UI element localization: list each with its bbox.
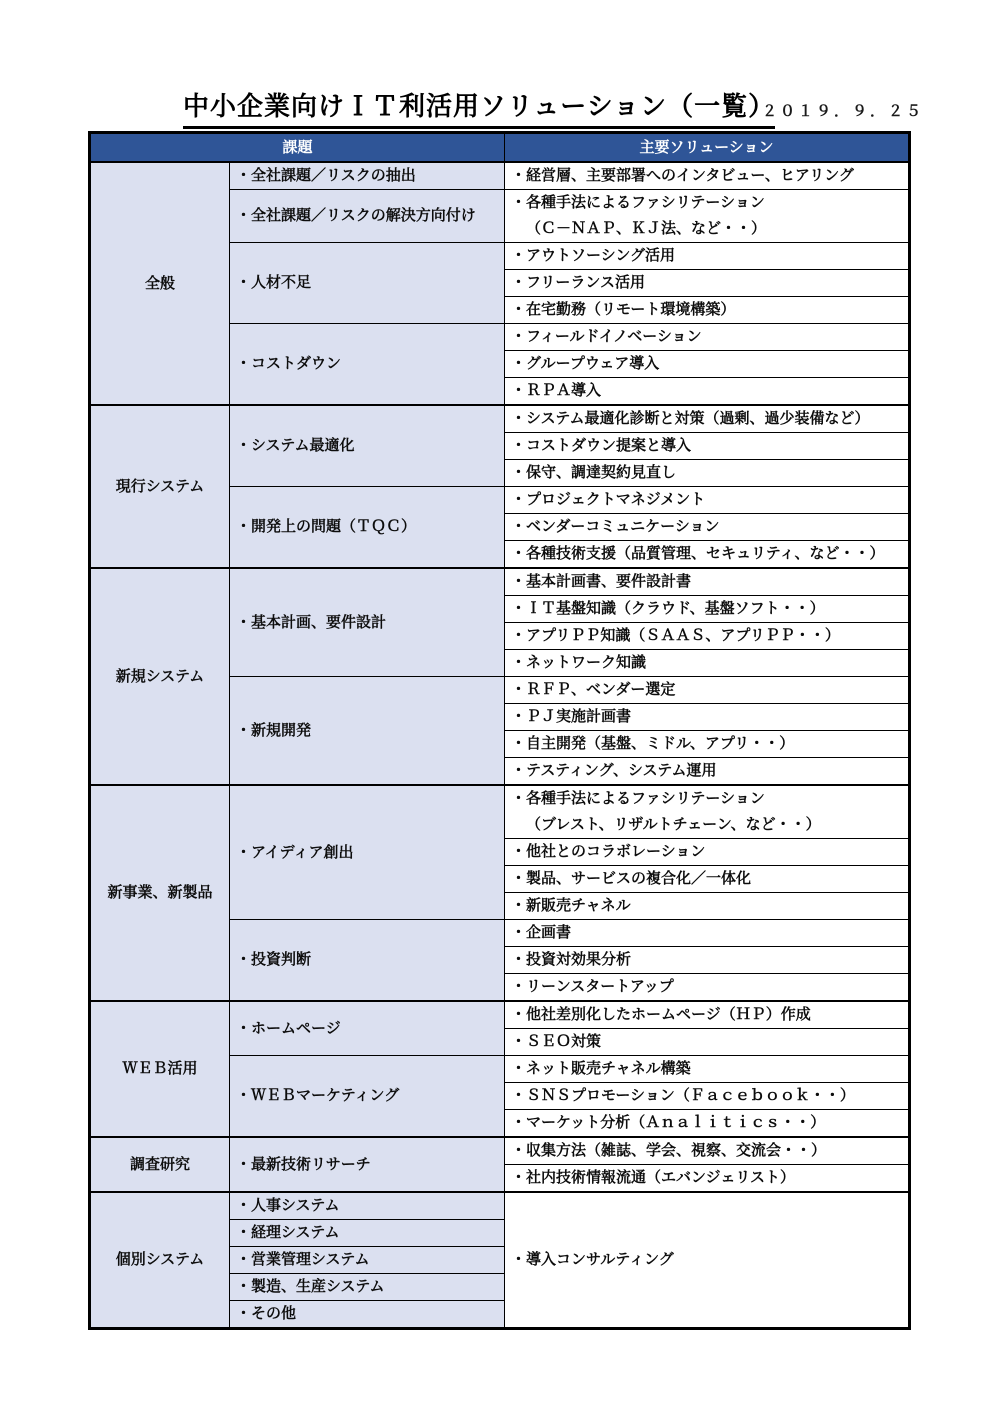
solution-cell: ・マーケット分析（Ａｎａｌｉｔｉｃｓ・・）: [505, 1110, 910, 1138]
issue-cell: ・最新技術リサーチ: [230, 1137, 505, 1192]
table-row: 新事業、新製品 ・アイディア創出 ・各種手法によるファシリテーション （ブレスト…: [90, 785, 910, 839]
solution-cell: ・各種手法によるファシリテーション （Ｃ－ＮＡＰ、ＫＪ法、など・・）: [505, 190, 910, 243]
table-row: 調査研究 ・最新技術リサーチ ・収集方法（雑誌、学会、視察、交流会・・）: [90, 1137, 910, 1165]
solution-cell: ・各種手法によるファシリテーション （ブレスト、リザルトチェーン、など・・）: [505, 785, 910, 839]
table-row: ＷＥＢ活用 ・ホームページ ・他社差別化したホームページ（ＨＰ）作成: [90, 1001, 910, 1029]
issue-cell: ・投資判断: [230, 920, 505, 1002]
solution-cell: ・社内技術情報流通（エバンジェリスト）: [505, 1165, 910, 1193]
solution-line: ・各種手法によるファシリテーション: [511, 786, 902, 812]
solution-cell: ・ＰＪ実施計画書: [505, 704, 910, 731]
solution-cell: ・リーンスタートアップ: [505, 974, 910, 1002]
solution-cell: ・企画書: [505, 920, 910, 947]
issue-cell: ・システム最適化: [230, 405, 505, 487]
solution-cell: ・ネットワーク知識: [505, 650, 910, 677]
solution-cell: ・コストダウン提案と導入: [505, 433, 910, 460]
solution-cell: ・導入コンサルティング: [505, 1192, 910, 1329]
category-cell: 現行システム: [90, 405, 230, 568]
solution-line: ・各種手法によるファシリテーション: [511, 190, 902, 216]
table-row: 新規システム ・基本計画、要件設計 ・基本計画書、要件設計書: [90, 568, 910, 596]
solution-cell: ・ＲＰＡ導入: [505, 378, 910, 406]
solution-cell: ・フリーランス活用: [505, 270, 910, 297]
category-cell: 個別システム: [90, 1192, 230, 1329]
table-row: 現行システム ・システム最適化 ・システム最適化診断と対策（過剰、過少装備など）: [90, 405, 910, 433]
solution-cell: ・基本計画書、要件設計書: [505, 568, 910, 596]
header-issue-column: 課題: [90, 133, 505, 163]
category-cell: 新規システム: [90, 568, 230, 785]
issue-cell: ・経理システム: [230, 1220, 505, 1247]
issue-cell: ・人材不足: [230, 243, 505, 324]
solution-cell: ・新販売チャネル: [505, 893, 910, 920]
table-header-row: 課題 主要ソリューション: [90, 133, 910, 163]
header-solution-column: 主要ソリューション: [505, 133, 910, 163]
solution-cell: ・ＩＴ基盤知識（クラウド、基盤ソフト・・）: [505, 596, 910, 623]
solution-cell: ・ＳＥＯ対策: [505, 1029, 910, 1056]
solution-line: （ブレスト、リザルトチェーン、など・・）: [511, 812, 902, 838]
issue-cell: ・アイディア創出: [230, 785, 505, 920]
solution-cell: ・システム最適化診断と対策（過剰、過少装備など）: [505, 405, 910, 433]
solution-cell: ・製品、サービスの複合化／一体化: [505, 866, 910, 893]
category-cell: 新事業、新製品: [90, 785, 230, 1001]
solution-line: （Ｃ－ＮＡＰ、ＫＪ法、など・・）: [511, 216, 902, 242]
solution-cell: ・ネット販売チャネル構築: [505, 1056, 910, 1083]
document-page: 中小企業向けＩＴ利活用ソリューション（一覧） ２０１９．９．２５ 課題 主要ソリ…: [0, 0, 1000, 1415]
solution-cell: ・テスティング、システム運用: [505, 758, 910, 786]
solution-cell: ・アウトソーシング活用: [505, 243, 910, 270]
issue-cell: ・新規開発: [230, 677, 505, 786]
solution-cell: ・アプリＰＰ知識（ＳＡＡＳ、アプリＰＰ・・）: [505, 623, 910, 650]
solution-cell: ・他社差別化したホームページ（ＨＰ）作成: [505, 1001, 910, 1029]
solution-cell: ・ベンダーコミュニケーション: [505, 514, 910, 541]
solution-cell: ・保守、調達契約見直し: [505, 460, 910, 487]
issue-cell: ・製造、生産システム: [230, 1274, 505, 1301]
solutions-table: 課題 主要ソリューション 全般 ・全社課題／リスクの抽出 ・経営層、主要部署への…: [88, 131, 911, 1330]
table-row: 個別システム ・人事システム ・導入コンサルティング: [90, 1192, 910, 1220]
solution-cell: ・ＲＦＰ、ベンダー選定: [505, 677, 910, 704]
issue-cell: ・ホームページ: [230, 1001, 505, 1056]
category-cell: 全般: [90, 162, 230, 405]
issue-cell: ・全社課題／リスクの解決方向付け: [230, 190, 505, 243]
page-date: ２０１９．９．２５: [762, 100, 924, 121]
solution-cell: ・在宅勤務（リモート環境構築）: [505, 297, 910, 324]
issue-cell: ・営業管理システム: [230, 1247, 505, 1274]
solution-cell: ・自主開発（基盤、ミドル、アプリ・・）: [505, 731, 910, 758]
issue-cell: ・開発上の問題（ＴＱＣ）: [230, 487, 505, 569]
solution-cell: ・プロジェクトマネジメント: [505, 487, 910, 514]
solution-cell: ・ＳＮＳプロモーション（Ｆａｃｅｂｏｏｋ・・）: [505, 1083, 910, 1110]
issue-cell: ・基本計画、要件設計: [230, 568, 505, 677]
issue-cell: ・その他: [230, 1301, 505, 1329]
issue-cell: ・人事システム: [230, 1192, 505, 1220]
table-row: 全般 ・全社課題／リスクの抽出 ・経営層、主要部署へのインタビュー、ヒアリング: [90, 162, 910, 190]
issue-cell: ・コストダウン: [230, 324, 505, 406]
issue-cell: ・ＷＥＢマーケティング: [230, 1056, 505, 1138]
issue-cell: ・全社課題／リスクの抽出: [230, 162, 505, 190]
solution-cell: ・他社とのコラボレーション: [505, 839, 910, 866]
solution-cell: ・フィールドイノベーション: [505, 324, 910, 351]
solution-cell: ・経営層、主要部署へのインタビュー、ヒアリング: [505, 162, 910, 190]
solution-cell: ・収集方法（雑誌、学会、視察、交流会・・）: [505, 1137, 910, 1165]
page-title: 中小企業向けＩＴ利活用ソリューション（一覧）: [183, 86, 775, 129]
category-cell: ＷＥＢ活用: [90, 1001, 230, 1137]
solution-cell: ・投資対効果分析: [505, 947, 910, 974]
solution-cell: ・グループウェア導入: [505, 351, 910, 378]
category-cell: 調査研究: [90, 1137, 230, 1192]
solution-cell: ・各種技術支援（品質管理、セキュリティ、など・・）: [505, 541, 910, 569]
